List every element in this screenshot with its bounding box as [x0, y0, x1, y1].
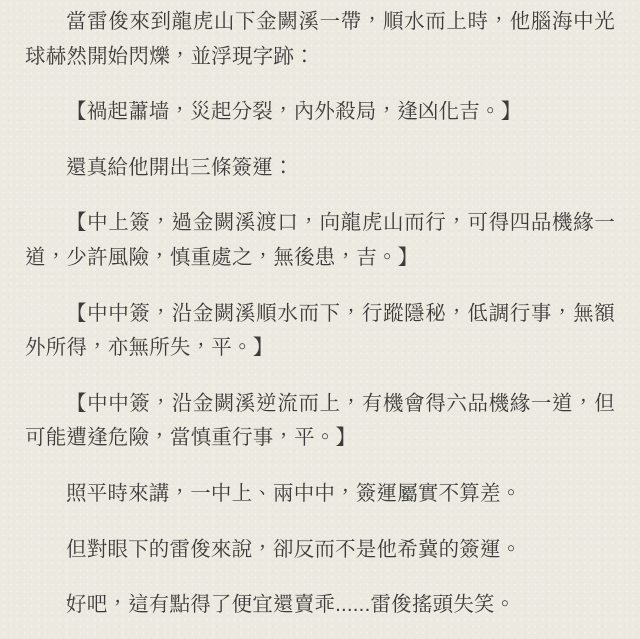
paragraph-narration-3: 照平時來講，一中上、兩中中，簽運屬實不算差。	[25, 477, 615, 512]
paragraph-narration-4: 但對眼下的雷俊來說，卻反而不是他希冀的簽運。	[25, 533, 615, 568]
paragraph-narration-1: 當雷俊來到龍虎山下金闕溪一帶，順水而上時，他腦海中光球赫然開始閃爍，並浮現字跡：	[25, 5, 615, 74]
paragraph-oracle-text: 【禍起蕭墙，災起分裂，內外殺局，逢凶化吉。】	[25, 95, 615, 130]
paragraph-lot-middle-1: 【中中簽，沿金闕溪順水而下，行蹤隱秘，低調行事，無額外所得，亦無所失，平。】	[25, 297, 615, 366]
paragraph-narration-5: 好吧，這有點得了便宜還賣乖......雷俊搖頭失笑。	[25, 588, 615, 623]
paragraph-lot-middle-2: 【中中簽，沿金闕溪逆流而上，有機會得六品機緣一道，但可能遭逢危險，當慎重行事，平…	[25, 387, 615, 456]
reader-page: 當雷俊來到龍虎山下金闕溪一帶，順水而上時，他腦海中光球赫然開始閃爍，並浮現字跡：…	[0, 0, 640, 639]
paragraph-lot-upper-middle: 【中上簽，過金闕溪渡口，向龍虎山而行，可得四品機緣一道，少許風險，慎重處之，無後…	[25, 206, 615, 275]
paragraph-narration-2: 還真給他開出三條簽運：	[25, 151, 615, 186]
